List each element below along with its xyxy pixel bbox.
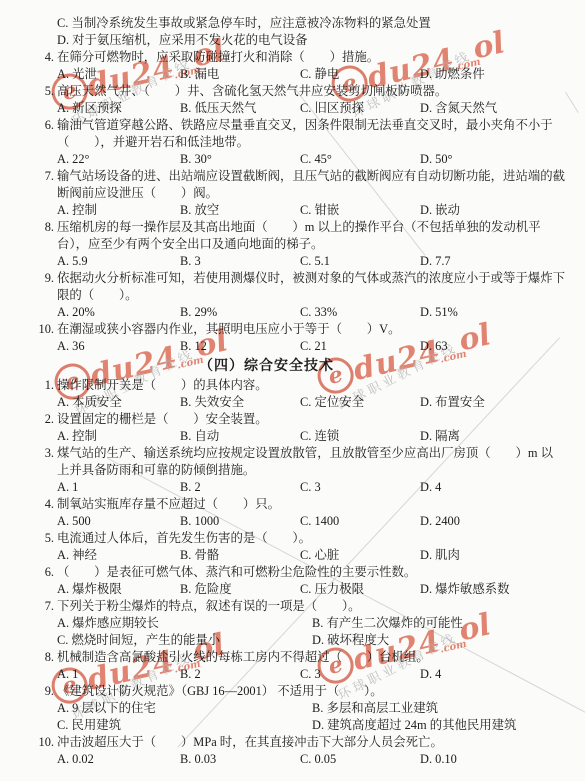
question-item: 10.在潮湿或狭小容器内作业，其照明电压应小于等于（ ）V。A. 36B. 12…: [57, 321, 565, 355]
option-row: A. 1B. 2C. 3D. 4: [57, 479, 565, 496]
option-c: C. 5.1: [300, 253, 420, 270]
option-row: A. 神经B. 骨骼C. 心脏D. 肌肉: [57, 547, 565, 564]
option-d: D. 7.7: [420, 253, 565, 270]
option-b: B. 骨骼: [180, 547, 300, 564]
option-a: A. 1: [57, 479, 180, 496]
question-item: 2.设置固定的栅栏是（ ）安全装置。A. 控制B. 自动C. 连锁D. 隔离: [57, 411, 565, 445]
option-b: B. 自动: [180, 428, 300, 445]
question-number: 8.: [33, 219, 54, 236]
question-item: 5.电流通过人体后，首先发生伤害的是（ ）。A. 神经B. 骨骼C. 心脏D. …: [57, 530, 565, 564]
question-text: 在筛分可燃物时，应采取防碰撞打火和消除（ ）措施。: [57, 50, 379, 64]
question-number: 9.: [33, 270, 54, 287]
option-c: C. 0.05: [300, 751, 420, 768]
option-row: A. 20%B. 29%C. 33%D. 51%: [57, 304, 565, 321]
question-text: 依据动火分析标准可知，若使用测爆仪时，被测对象的气体或蒸汽的浓度应小于或等于爆炸…: [57, 271, 565, 302]
question-number: 10.: [33, 321, 54, 338]
option-d: D. 51%: [420, 304, 565, 321]
option-a: A. 本质安全: [57, 394, 180, 411]
question-number: 4.: [33, 49, 54, 66]
question-stem: 2.设置固定的栅栏是（ ）安全装置。: [57, 411, 565, 428]
option-a: A. 22°: [57, 151, 180, 168]
option-b: B. 0.03: [180, 751, 300, 768]
question-text: （ ）是表征可燃气体、蒸汽和可燃粉尘危险性的主要示性数。: [57, 565, 416, 579]
option-b: B. 失效安全: [180, 394, 300, 411]
option-d: D. 4: [420, 666, 565, 683]
scanned-exam-page: edu24.comol 环球职业教育在线 edu24.comol 环球职业教育在…: [0, 0, 585, 781]
option-row: A. 9 层以下的住宅B. 多层和高层工业建筑C. 民用建筑D. 建筑高度超过 …: [57, 700, 565, 734]
option-a: A. 36: [57, 338, 180, 355]
option-d: D. 2400: [420, 513, 565, 530]
question-number: 1.: [33, 377, 54, 394]
option-c: C. 钳嵌: [300, 202, 420, 219]
option-b: B. 1000: [180, 513, 300, 530]
option-a: A. 爆炸极限: [57, 581, 180, 598]
option-d: D. 肌肉: [420, 547, 565, 564]
option-c: C. 21: [300, 338, 420, 355]
option-b: B. 低压天然气: [180, 100, 300, 117]
option-d: D. 破坏程度大: [312, 632, 565, 649]
option-a: A. 控制: [57, 428, 180, 445]
option-row: A. 控制B. 放空C. 钳嵌D. 嵌动: [57, 202, 565, 219]
question-item: 8.压缩机房的每一操作层及其高出地面（ ）m 以上的操作平台（不包括单独的发动机…: [57, 219, 565, 270]
option-row: A. 22°B. 30°C. 45°D. 50°: [57, 151, 565, 168]
question-stem: 5.电流通过人体后，首先发生伤害的是（ ）。: [57, 530, 565, 547]
option-d: D. 建筑高度超过 24m 的其他民用建筑: [312, 717, 565, 734]
option-b: B. 3: [180, 253, 300, 270]
option-d: D. 隔离: [420, 428, 565, 445]
option-b: B. 漏电: [180, 66, 300, 83]
option-row: A. 36B. 12C. 21D. 63: [57, 338, 565, 355]
option-a: A. 爆炸感应期较长: [57, 615, 312, 632]
question-stem: 9.依据动火分析标准可知，若使用测爆仪时，被测对象的气体或蒸汽的浓度应小于或等于…: [57, 270, 565, 304]
option-d: D. 50°: [420, 151, 565, 168]
question-stem: 1.操作限制开关是（ ）的具体内容。: [57, 377, 565, 394]
option-a: A. 新区预探: [57, 100, 180, 117]
question-number: 7.: [33, 598, 54, 615]
option-b: B. 有产生二次爆炸的可能性: [312, 615, 565, 632]
question-stem: 9.《建筑设计防火规范》（GBJ 16—2001） 不适用于（ ）。: [57, 683, 565, 700]
question-stem: 3.煤气站的生产、输送系统均应按规定设置放散管，且放散管至少应高出厂房顶（ ）m…: [57, 445, 565, 479]
question-number: 6.: [33, 117, 54, 134]
question-stem: 4.在筛分可燃物时，应采取防碰撞打火和消除（ ）措施。: [57, 49, 565, 66]
question-list-section-3: 4.在筛分可燃物时，应采取防碰撞打火和消除（ ）措施。A. 光泄B. 漏电C. …: [0, 49, 585, 355]
question-text: 压缩机房的每一操作层及其高出地面（ ）m 以上的操作平台（不包括单独的发动机平台…: [57, 220, 541, 251]
question-item: 6.（ ）是表征可燃气体、蒸汽和可燃粉尘危险性的主要示性数。A. 爆炸极限B. …: [57, 564, 565, 598]
question-stem: 10.冲击波超压大于（ ）MPa 时，在其直接冲击下大部分人员会死亡。: [57, 734, 565, 751]
question-text: 在潮湿或狭小容器内作业，其照明电压应小于等于（ ）V。: [57, 322, 401, 336]
question-text: 制氧站实瓶库存量不应超过（ ）只。: [57, 497, 280, 511]
carryover-option-c: C. 当制冷系统发生事故或紧急停车时，应注意被冷冻物料的紧急处置: [57, 15, 565, 32]
option-b: B. 放空: [180, 202, 300, 219]
question-item: 5.高压天然气井、（ ）井、含硫化氢天然气井应安装剪切闸板防喷器。A. 新区预探…: [57, 83, 565, 117]
question-item: 9.《建筑设计防火规范》（GBJ 16—2001） 不适用于（ ）。A. 9 层…: [57, 683, 565, 734]
question-number: 10.: [33, 734, 54, 751]
question-number: 8.: [33, 649, 54, 666]
option-a: A. 9 层以下的住宅: [57, 700, 312, 717]
question-item: 4.在筛分可燃物时，应采取防碰撞打火和消除（ ）措施。A. 光泄B. 漏电C. …: [57, 49, 565, 83]
question-stem: 8.压缩机房的每一操作层及其高出地面（ ）m 以上的操作平台（不包括单独的发动机…: [57, 219, 565, 253]
option-row: A. 爆炸感应期较长B. 有产生二次爆炸的可能性C. 燃烧时间短，产生的能量小D…: [57, 615, 565, 649]
question-text: 输气站场设备的进、出站端应设置截断阀，且压气站的截断阀应有自动切断功能，进站端的…: [57, 169, 565, 200]
option-d: D. 布置安全: [420, 394, 565, 411]
option-b: B. 30°: [180, 151, 300, 168]
option-a: A. 5.9: [57, 253, 180, 270]
option-row: A. 爆炸极限B. 危险度C. 压力极限D. 爆炸敏感系数: [57, 581, 565, 598]
question-stem: 6.输油气管道穿越公路、铁路应尽量垂直交叉，因条件限制无法垂直交叉时，最小夹角不…: [57, 117, 565, 151]
question-text: 设置固定的栅栏是（ ）安全装置。: [57, 412, 268, 426]
question-item: 1.操作限制开关是（ ）的具体内容。A. 本质安全B. 失效安全C. 定位安全D…: [57, 377, 565, 411]
option-a: A. 1: [57, 666, 180, 683]
option-c: C. 连锁: [300, 428, 420, 445]
question-number: 7.: [33, 168, 54, 185]
option-b: B. 29%: [180, 304, 300, 321]
section-header: （四）综合安全技术: [0, 356, 559, 376]
option-a: A. 光泄: [57, 66, 180, 83]
question-text: 煤气站的生产、输送系统均应按规定设置放散管，且放散管至少应高出厂房顶（ ）m 以…: [57, 446, 553, 477]
option-d: D. 63: [420, 338, 565, 355]
option-row: A. 控制B. 自动C. 连锁D. 隔离: [57, 428, 565, 445]
option-a: A. 500: [57, 513, 180, 530]
question-number: 4.: [33, 496, 54, 513]
option-c: C. 静电: [300, 66, 420, 83]
question-stem: 7.输气站场设备的进、出站端应设置截断阀，且压气站的截断阀应有自动切断功能，进站…: [57, 168, 565, 202]
option-d: D. 含氮天然气: [420, 100, 565, 117]
option-row: A. 新区预探B. 低压天然气C. 旧区预探D. 含氮天然气: [57, 100, 565, 117]
question-number: 3.: [33, 445, 54, 462]
question-item: 8.机械制造含高氯酸盐引火线的每栋工房内不得超过（ ）台机组。A. 1B. 2C…: [57, 649, 565, 683]
question-stem: 7.下列关于粉尘爆炸的特点，叙述有误的一项是（ ）。: [57, 598, 565, 615]
question-stem: 8.机械制造含高氯酸盐引火线的每栋工房内不得超过（ ）台机组。: [57, 649, 565, 666]
option-d: D. 爆炸敏感系数: [420, 581, 565, 598]
option-a: A. 0.02: [57, 751, 180, 768]
option-c: C. 心脏: [300, 547, 420, 564]
option-c: C. 33%: [300, 304, 420, 321]
option-c: C. 3: [300, 666, 420, 683]
option-a: A. 控制: [57, 202, 180, 219]
question-number: 2.: [33, 411, 54, 428]
option-d: D. 0.10: [420, 751, 565, 768]
option-d: D. 4: [420, 479, 565, 496]
option-c: C. 旧区预探: [300, 100, 420, 117]
option-a: A. 20%: [57, 304, 180, 321]
option-row: A. 本质安全B. 失效安全C. 定位安全D. 布置安全: [57, 394, 565, 411]
option-row: A. 1B. 2C. 3D. 4: [57, 666, 565, 683]
question-item: 3.煤气站的生产、输送系统均应按规定设置放散管，且放散管至少应高出厂房顶（ ）m…: [57, 445, 565, 496]
option-b: B. 2: [180, 666, 300, 683]
question-item: 10.冲击波超压大于（ ）MPa 时，在其直接冲击下大部分人员会死亡。A. 0.…: [57, 734, 565, 768]
question-text: 冲击波超压大于（ ）MPa 时，在其直接冲击下大部分人员会死亡。: [57, 735, 443, 749]
question-item: 7.输气站场设备的进、出站端应设置截断阀，且压气站的截断阀应有自动切断功能，进站…: [57, 168, 565, 219]
option-d: D. 嵌动: [420, 202, 565, 219]
question-stem: 6.（ ）是表征可燃气体、蒸汽和可燃粉尘危险性的主要示性数。: [57, 564, 565, 581]
question-text: 机械制造含高氯酸盐引火线的每栋工房内不得超过（ ）台机组。: [57, 650, 429, 664]
option-b: B. 2: [180, 479, 300, 496]
option-c: C. 定位安全: [300, 394, 420, 411]
option-c: C. 民用建筑: [57, 717, 312, 734]
question-item: 4.制氧站实瓶库存量不应超过（ ）只。A. 500B. 1000C. 1400D…: [57, 496, 565, 530]
question-item: 7.下列关于粉尘爆炸的特点，叙述有误的一项是（ ）。A. 爆炸感应期较长B. 有…: [57, 598, 565, 649]
option-row: A. 5.9B. 3C. 5.1D. 7.7: [57, 253, 565, 270]
question-stem: 4.制氧站实瓶库存量不应超过（ ）只。: [57, 496, 565, 513]
question-stem: 10.在潮湿或狭小容器内作业，其照明电压应小于等于（ ）V。: [57, 321, 565, 338]
option-row: A. 0.02B. 0.03C. 0.05D. 0.10: [57, 751, 565, 768]
option-b: B. 危险度: [180, 581, 300, 598]
question-list-section-4: 1.操作限制开关是（ ）的具体内容。A. 本质安全B. 失效安全C. 定位安全D…: [0, 377, 585, 768]
option-c: C. 3: [300, 479, 420, 496]
option-b: B. 12: [180, 338, 300, 355]
question-number: 5.: [33, 83, 54, 100]
question-number: 5.: [33, 530, 54, 547]
option-c: C. 1400: [300, 513, 420, 530]
option-b: B. 多层和高层工业建筑: [312, 700, 565, 717]
carryover-option-d: D. 对于氨压缩机，应采用不发火花的电气设备: [57, 32, 565, 49]
question-text: 高压天然气井、（ ）井、含硫化氢天然气井应安装剪切闸板防喷器。: [57, 84, 447, 98]
option-c: C. 45°: [300, 151, 420, 168]
option-c: C. 压力极限: [300, 581, 420, 598]
option-row: A. 光泄B. 漏电C. 静电D. 助燃条件: [57, 66, 565, 83]
question-number: 6.: [33, 564, 54, 581]
question-text: 操作限制开关是（ ）的具体内容。: [57, 378, 268, 392]
option-a: A. 神经: [57, 547, 180, 564]
question-item: 9.依据动火分析标准可知，若使用测爆仪时，被测对象的气体或蒸汽的浓度应小于或等于…: [57, 270, 565, 321]
option-row: A. 500B. 1000C. 1400D. 2400: [57, 513, 565, 530]
question-item: 6.输油气管道穿越公路、铁路应尽量垂直交叉，因条件限制无法垂直交叉时，最小夹角不…: [57, 117, 565, 168]
exam-content: C. 当制冷系统发生事故或紧急停车时，应注意被冷冻物料的紧急处置 D. 对于氨压…: [0, 0, 585, 781]
question-stem: 5.高压天然气井、（ ）井、含硫化氢天然气井应安装剪切闸板防喷器。: [57, 83, 565, 100]
question-number: 9.: [33, 683, 54, 700]
question-text: 下列关于粉尘爆炸的特点，叙述有误的一项是（ ）。: [57, 599, 361, 613]
question-text: 电流通过人体后，首先发生伤害的是（ ）。: [57, 531, 311, 545]
option-d: D. 助燃条件: [420, 66, 565, 83]
question-text: 《建筑设计防火规范》（GBJ 16—2001） 不适用于（ ）。: [57, 684, 383, 698]
question-text: 输油气管道穿越公路、铁路应尽量垂直交叉，因条件限制无法垂直交叉时，最小夹角不小于…: [57, 118, 553, 149]
option-c: C. 燃烧时间短，产生的能量小: [57, 632, 312, 649]
